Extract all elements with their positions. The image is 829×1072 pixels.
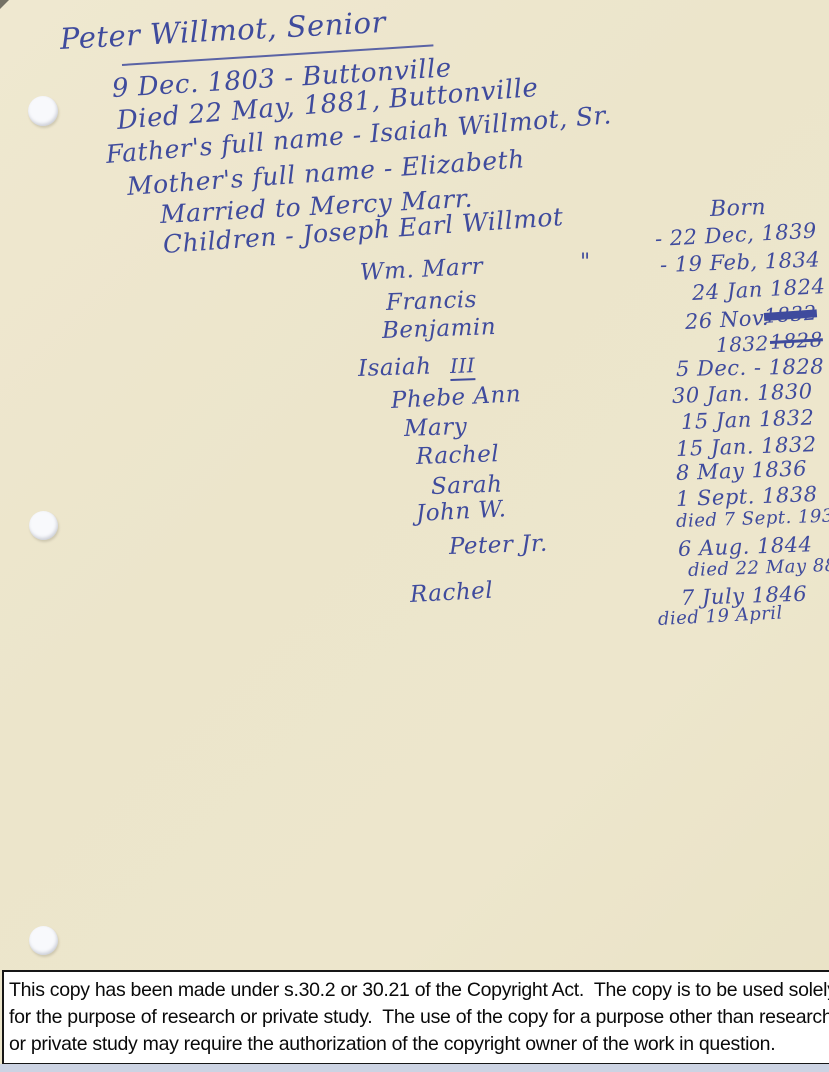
child-name-isaiah: Isaiah <box>358 353 432 382</box>
scan-corner-artifact <box>0 0 9 9</box>
copyright-notice-line-2: for the purpose of research or private s… <box>9 1004 829 1031</box>
child-name-francis: Francis <box>386 287 478 316</box>
born-column-header: Born <box>710 195 767 222</box>
child-name-rachel-1: Rachel <box>416 441 500 470</box>
child-birthdate-corrected: 1832 <box>716 331 770 357</box>
copyright-notice-line-3: or private study may require the authori… <box>9 1031 829 1058</box>
child-birthdate-scratched-out: 1832 <box>763 300 817 328</box>
child-name-benjamin: Benjamin <box>382 314 497 344</box>
child-birthdate-struck: 1828 <box>769 327 823 354</box>
punch-hole-middle <box>29 511 58 540</box>
copyright-notice-line-1: This copy has been made under s.30.2 or … <box>9 977 829 1004</box>
child-birthdate: 5 Dec. - 1828 <box>676 354 825 381</box>
scan-edge-strip <box>0 1064 829 1072</box>
child-birthdate: 8 May 1836 <box>676 456 808 485</box>
child-name-rachel-2: Rachel <box>409 578 493 608</box>
child-name-mary: Mary <box>404 414 468 442</box>
child-birthdate: 26 Nov. <box>684 306 769 334</box>
child-name-isaiah-suffix: III <box>450 353 476 381</box>
punch-hole-top <box>28 96 58 126</box>
child-name-peter-jr: Peter Jr. <box>449 531 549 560</box>
child-birthdate: 30 Jan. 1830 <box>672 379 813 408</box>
punch-hole-bottom <box>29 926 58 955</box>
child-name-sarah: Sarah <box>431 472 503 500</box>
scanned-document-page: { "colors": { "paper": "#ece5cb", "ink":… <box>0 0 829 1072</box>
child-birthdate: 15 Jan 1832 <box>681 405 815 434</box>
copyright-notice: This copy has been made under s.30.2 or … <box>2 970 829 1065</box>
ditto-mark: " <box>580 250 591 275</box>
child-name-john-w: John W. <box>415 496 507 527</box>
